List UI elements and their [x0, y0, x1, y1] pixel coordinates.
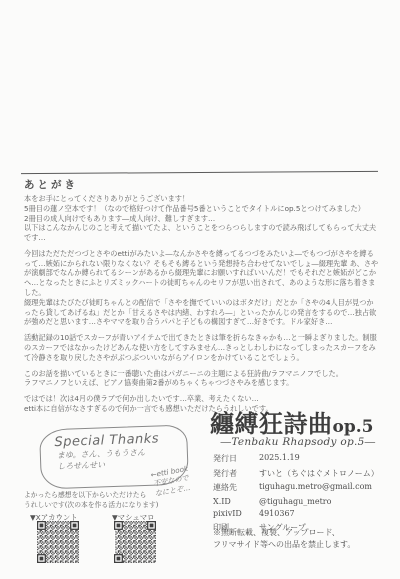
colophon-row: pixivID 4910367	[213, 509, 385, 518]
marshmallow-qr-icon	[114, 521, 156, 563]
afterword-paragraph: 今回はただただつづとさやのettiがみたいよ―なんかさやを縛ってるつづをみたいよ…	[24, 249, 379, 327]
afterword-body: 本をお手にとってくださりありがとうございます！ 5冊目の蓮ノ空本です！（なので格…	[24, 194, 379, 420]
colophon-label: 発行日	[213, 453, 259, 464]
section-divider	[21, 171, 378, 174]
colophon-value: tiguhagu.metro@gmail.com	[259, 482, 385, 493]
colophon-row: 発行者 すいと（ちぐはぐメトロノーム）	[213, 468, 385, 479]
colophon-value: 4910367	[259, 509, 385, 518]
scanned-afterword-page: あとがき 本をお手にとってくださりありがとうございます！ 5冊目の蓮ノ空本です！…	[0, 0, 400, 579]
colophon-label: 発行者	[213, 468, 259, 479]
x-account-qr-icon	[37, 521, 79, 563]
feedback-request-note: よかったら感想を以下からいただけたら うれしいです(次の本を作る活力になります)	[24, 490, 158, 510]
afterword-paragraph: このお話を描いているときに一番聴いた曲はパガニーニの主題による狂詩曲/ラフマニノ…	[24, 369, 379, 389]
colophon-value: @tiguhagu_metro	[259, 497, 385, 506]
afterword-paragraph: 活動記録の10話でスカーフが青いアイテムで出てきたときは筆を折らなきゃかも…と一…	[24, 333, 379, 362]
colophon-label: X.ID	[213, 497, 259, 506]
book-title: 纏縛狂詩曲op.5	[210, 404, 386, 439]
colophon-label: pixivID	[213, 509, 259, 518]
copyright-notice: ※無断転載、複製、アップロード、 フリマサイド等への出品を禁止します。	[213, 527, 355, 552]
colophon-value: すいと（ちぐはぐメトロノーム）	[259, 468, 385, 479]
afterword-paragraph: 本をお手にとってくださりありがとうございます！ 5冊目の蓮ノ空本です！（なので格…	[24, 194, 379, 243]
colophon-table: 発行日 2025.1.19 発行者 すいと（ちぐはぐメトロノーム） 連絡先 ti…	[213, 453, 385, 537]
afterword-heading: あとがき	[24, 177, 78, 192]
book-title-main: 纏縛狂詩曲	[210, 409, 333, 438]
colophon-value: 2025.1.19	[259, 453, 385, 464]
book-title-op: op.5	[333, 417, 374, 437]
colophon-row: X.ID @tiguhagu_metro	[213, 497, 385, 506]
colophon-label: 連絡先	[213, 482, 259, 493]
colophon-row: 連絡先 tiguhagu.metro@gmail.com	[213, 482, 385, 493]
book-subtitle: ―Tenbaku Rhapsody op.5―	[210, 436, 386, 448]
colophon-row: 発行日 2025.1.19	[213, 453, 385, 464]
